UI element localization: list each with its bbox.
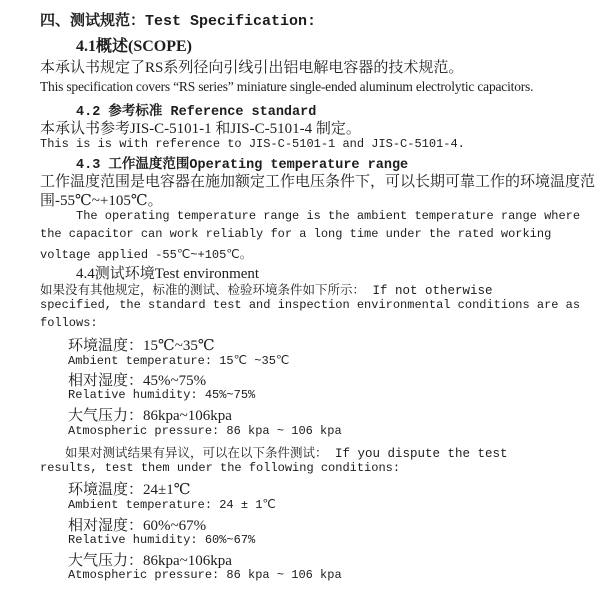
condition-standard-pressure-zh: 大气压力：86kpa~106kpa: [68, 404, 232, 425]
condition-standard-humidity-zh: 相对湿度：45%~75%: [68, 369, 206, 390]
para-reference-zh: 本承认书参考JIS-C-5101-1 和JIS-C-5101-4 制定。: [40, 117, 361, 138]
para-test-env-intro-line-2: specified, the standard test and inspect…: [40, 298, 580, 312]
condition-dispute-humidity-en: Relative humidity: 60%~67%: [68, 533, 255, 547]
para-temp-range-zh-line-1: 工作温度范围是电容器在施加额定工作电压条件下，可以长期可靠工作的环境温度范: [40, 170, 595, 191]
condition-standard-humidity-en: Relative humidity: 45%~75%: [68, 388, 255, 402]
condition-standard-pressure-en: Atmospheric pressure: 86 kpa ~ 106 kpa: [68, 424, 342, 438]
para-temp-range-en-line-1: The operating temperature range is the a…: [76, 209, 580, 223]
para-dispute-line-1: 如果对测试结果有异议，可以在以下条件测试： If you dispute the…: [65, 443, 508, 461]
para-dispute-line-2: results, test them under the following c…: [40, 461, 400, 475]
condition-standard-ambient-temp-en: Ambient temperature: 15℃ ~35℃: [68, 353, 289, 368]
para-scope-zh: 本承认书规定了RS系列径向引线引出铝电解电容器的技术规范。: [40, 56, 463, 77]
condition-dispute-ambient-temp-en: Ambient temperature: 24 ± 1℃: [68, 497, 276, 512]
condition-dispute-pressure-zh: 大气压力：86kpa~106kpa: [68, 549, 232, 570]
para-test-env-intro-line-1: 如果没有其他规定，标准的测试、检验环境条件如下所示： If not otherw…: [40, 280, 493, 298]
condition-dispute-pressure-en: Atmospheric pressure: 86 kpa ~ 106 kpa: [68, 568, 342, 582]
document-page: 四、测试规范：Test Specification: 4.1概述(SCOPE) …: [0, 0, 600, 600]
condition-dispute-humidity-zh: 相对湿度：60%~67%: [68, 514, 206, 535]
para-temp-range-zh-line-2: 围-55℃~+105℃。: [40, 189, 163, 210]
condition-dispute-ambient-temp-zh: 环境温度：24±1℃: [68, 478, 191, 499]
doc-title: 四、测试规范：Test Specification:: [40, 9, 316, 30]
para-temp-range-en-line-2: the capacitor can work reliably for a lo…: [40, 227, 551, 241]
para-reference-en: This is is with reference to JIS-C-5101-…: [40, 137, 465, 151]
section-heading-4-1: 4.1概述(SCOPE): [76, 33, 192, 56]
para-temp-range-en-line-3: voltage applied -55℃~+105℃。: [40, 245, 252, 262]
para-test-env-intro-line-3: follows:: [40, 316, 98, 330]
condition-standard-ambient-temp-zh: 环境温度：15℃~35℃: [68, 334, 215, 355]
para-scope-en: This specification covers “RS series” mi…: [40, 79, 533, 95]
